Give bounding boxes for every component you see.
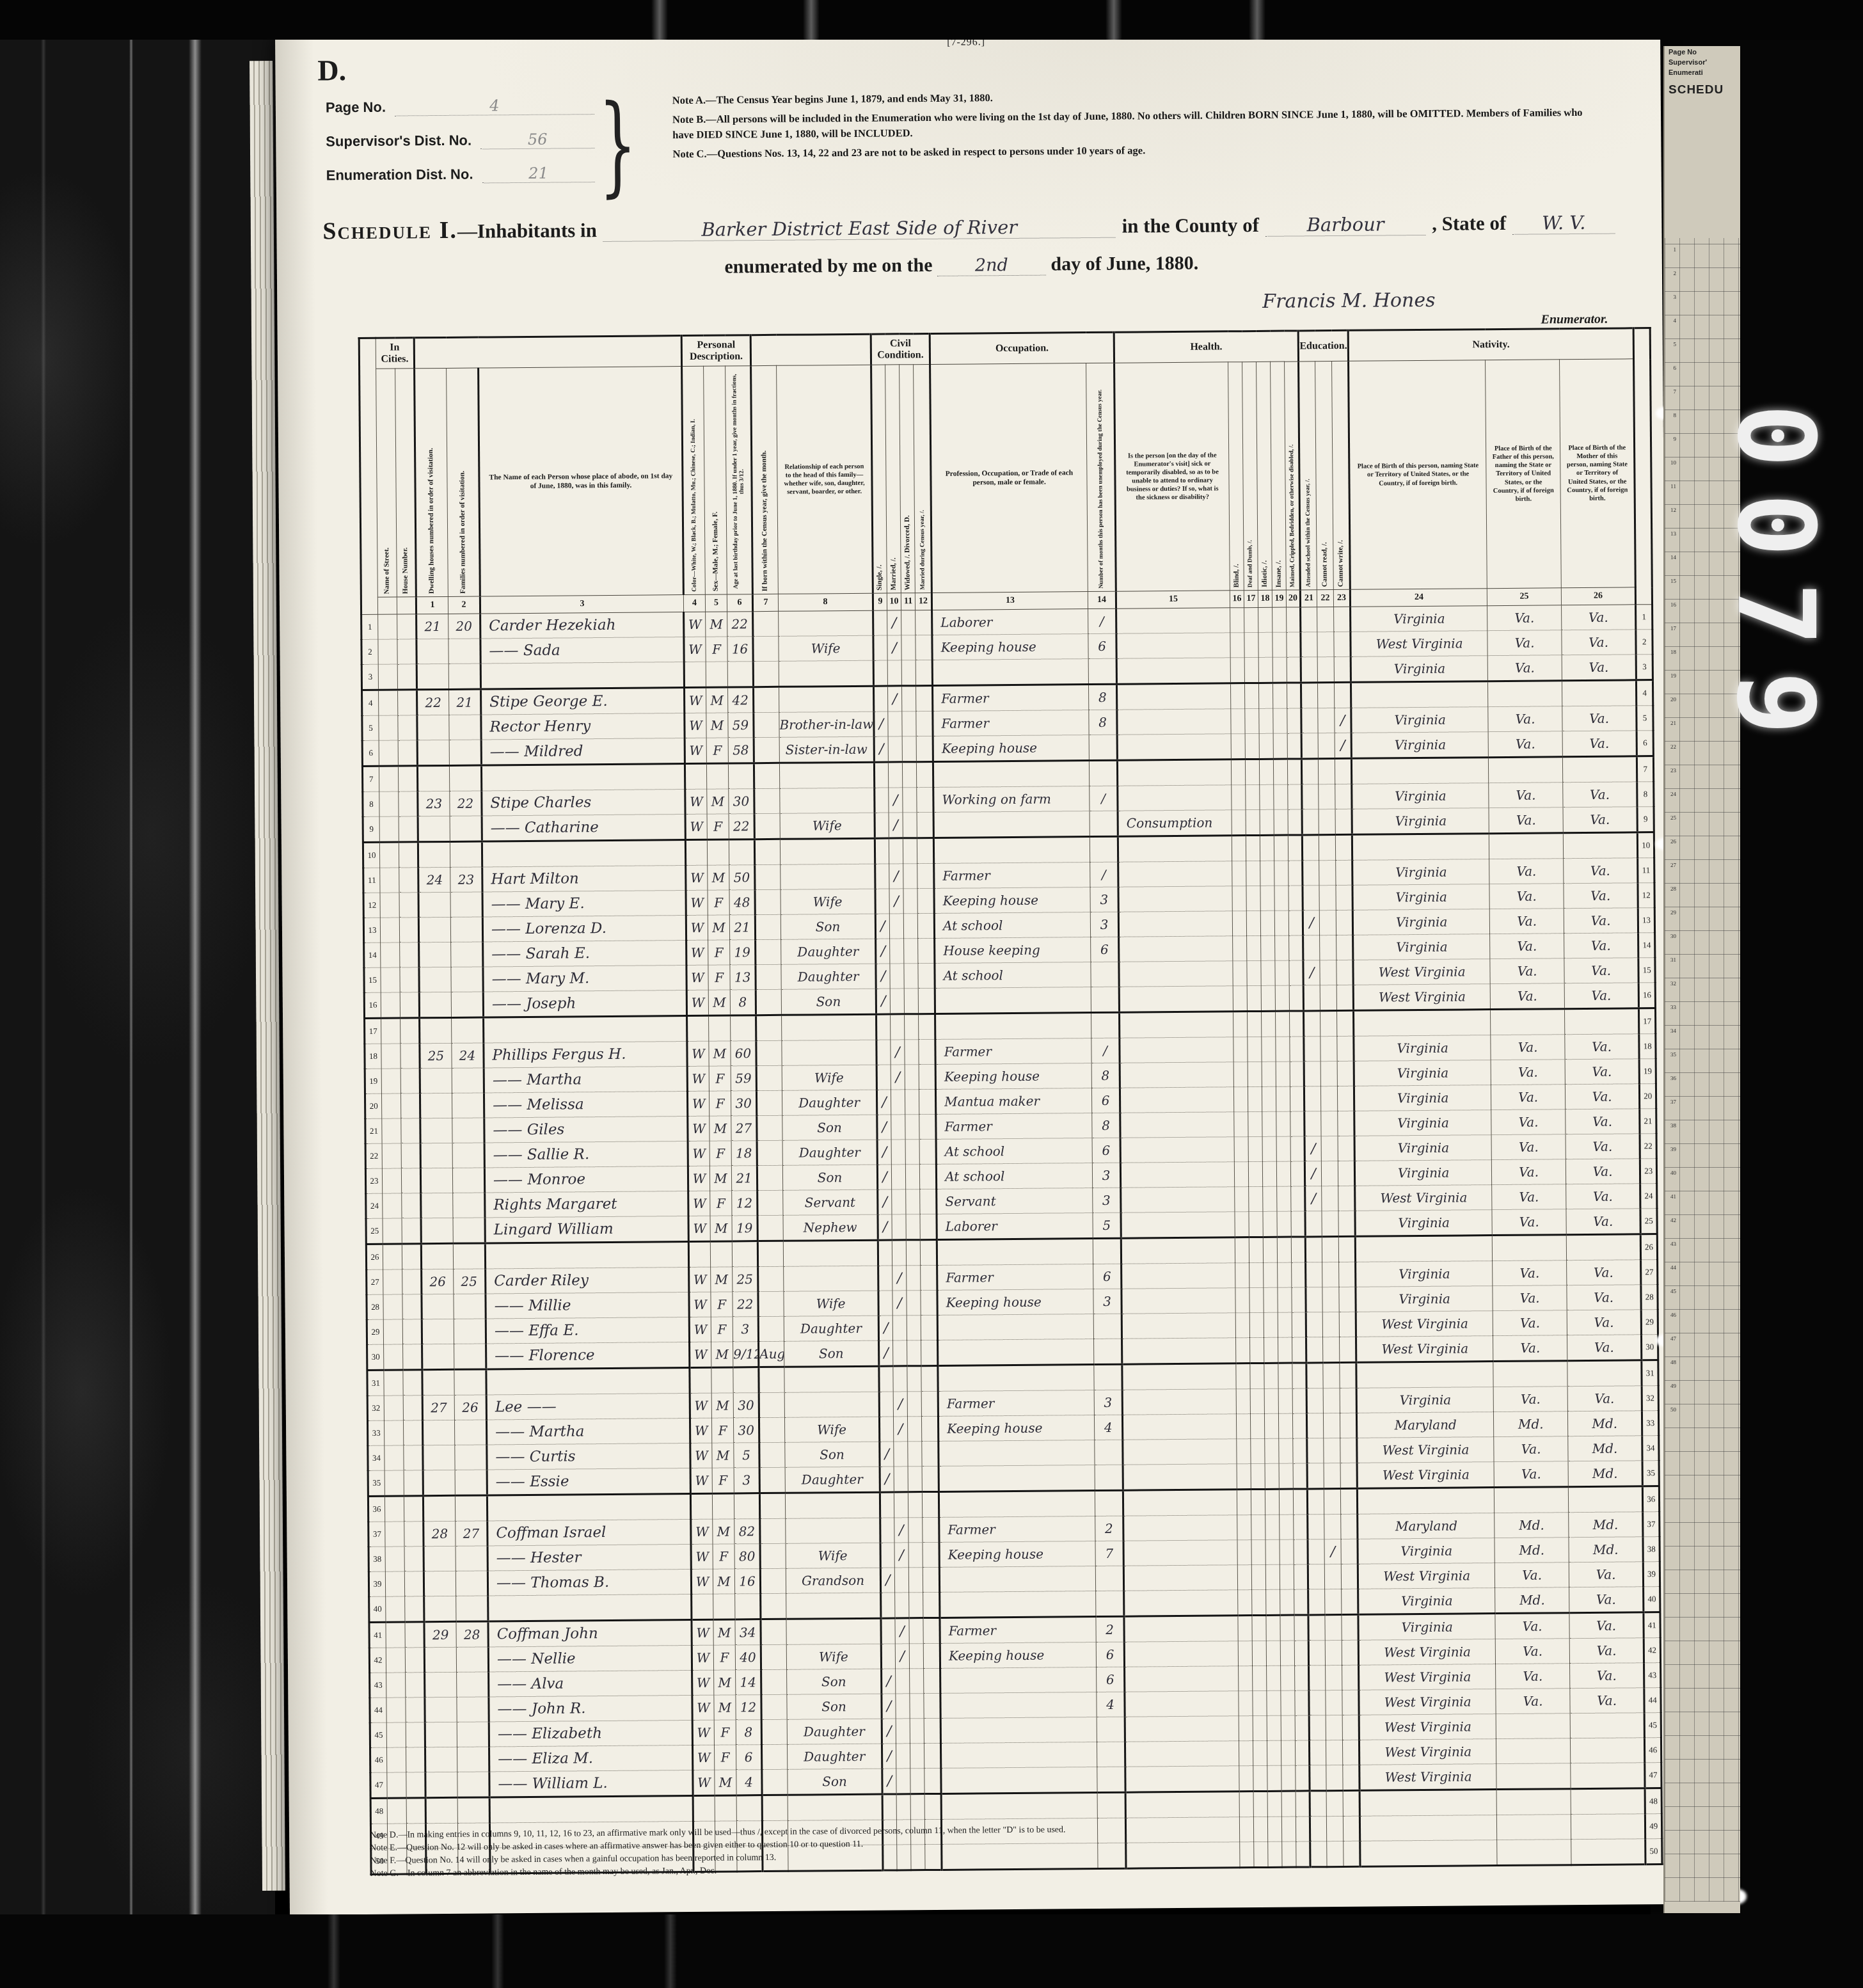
cell-cr xyxy=(1319,784,1335,809)
cell-s: M xyxy=(708,865,729,890)
cell-mar xyxy=(892,1214,906,1240)
row-number-right: 42 xyxy=(1644,1638,1660,1663)
cell-b19 xyxy=(1275,935,1289,960)
cell-house xyxy=(400,942,419,967)
cell-occ: Farmer xyxy=(933,685,1089,712)
sliver-row-number: 6 xyxy=(1666,356,1676,380)
cell-d xyxy=(423,1445,455,1470)
cell-b16 xyxy=(1233,1037,1248,1062)
cell-b20 xyxy=(1292,1287,1306,1312)
row-number-right: 35 xyxy=(1642,1461,1659,1486)
cell-b19 xyxy=(1273,708,1287,733)
row-number-left: 25 xyxy=(366,1218,383,1244)
cell-c: W xyxy=(684,637,706,662)
row-number-right: 17 xyxy=(1639,1008,1656,1034)
sliver-row-number: 5 xyxy=(1666,333,1676,356)
column-number: 3 xyxy=(480,595,683,614)
cell-f xyxy=(449,765,481,791)
cell-b19 xyxy=(1276,1136,1290,1161)
cell-wid xyxy=(907,1266,921,1291)
cell-mb: Va. xyxy=(1567,1285,1641,1310)
group-nativity: Nativity. xyxy=(1348,328,1633,362)
cell-cw xyxy=(1336,860,1352,885)
cell-occ xyxy=(933,837,1090,864)
cell-f xyxy=(456,1647,488,1672)
cell-un: 8 xyxy=(1089,710,1117,735)
sliver-row-number: 13 xyxy=(1666,522,1676,546)
cell-fb: Va. xyxy=(1489,859,1564,884)
cell-cw xyxy=(1338,1111,1354,1136)
cell-name: Coffman Israel xyxy=(488,1519,691,1545)
cell-sch xyxy=(1308,1515,1324,1539)
row-number-right: 26 xyxy=(1640,1234,1657,1260)
cell-sng: / xyxy=(876,1090,891,1115)
cell-fb: Va. xyxy=(1489,807,1563,834)
cell-a xyxy=(732,1241,757,1267)
cell-cw xyxy=(1341,1488,1358,1514)
cell-occ: Keeping house xyxy=(939,1415,1095,1442)
cell-d: 28 xyxy=(424,1521,456,1546)
cell-bp: Virginia xyxy=(1358,1614,1495,1641)
cell-b19 xyxy=(1280,1539,1294,1564)
cell-bp: Virginia xyxy=(1355,1210,1492,1237)
film-streak xyxy=(1249,0,1265,40)
row-number-left: 43 xyxy=(370,1673,386,1698)
cell-sng xyxy=(876,1014,891,1040)
cell-wid xyxy=(907,1291,921,1316)
header-col7-month: If born within the Census year, give the… xyxy=(751,365,779,594)
cell-mb: Va. xyxy=(1566,1184,1640,1209)
cell-f xyxy=(449,740,481,765)
cell-sng xyxy=(873,660,887,686)
cell-b17 xyxy=(1248,1161,1262,1186)
cell-name: —— Elizabeth xyxy=(489,1720,692,1746)
cell-street xyxy=(387,1798,406,1824)
cell-f xyxy=(451,942,483,967)
cell-name: Phillips Fergus H. xyxy=(484,1041,687,1067)
cell-occ: Farmer xyxy=(937,1264,1093,1291)
header-notes: Note A.—The Census Year begins June 1, 1… xyxy=(672,86,1594,166)
row-number-left: 13 xyxy=(363,918,380,942)
cell-d xyxy=(424,1596,456,1621)
cell-rel: Wife xyxy=(782,1065,876,1090)
cell-house xyxy=(398,690,417,715)
cell-mb: Va. xyxy=(1566,1134,1640,1159)
cell-b17 xyxy=(1251,1463,1265,1489)
cell-fb: Va. xyxy=(1488,731,1562,758)
cell-wid xyxy=(907,1392,921,1417)
cell-a xyxy=(734,1493,759,1519)
day-value: 2nd xyxy=(937,255,1046,276)
cell-un xyxy=(1097,1767,1125,1792)
row-number-left: 15 xyxy=(364,967,381,992)
cell-mo xyxy=(760,1518,786,1543)
cell-c: W xyxy=(688,1141,710,1166)
cell-bp: Virginia xyxy=(1351,656,1487,683)
cell-b16 xyxy=(1237,1565,1251,1590)
row-number-right: 46 xyxy=(1645,1738,1661,1763)
cell-wid xyxy=(904,989,918,1014)
cell-cr xyxy=(1319,835,1335,861)
cell-un xyxy=(1095,1440,1123,1465)
cell-s xyxy=(706,662,727,687)
cell-name: —— Mildred xyxy=(481,738,685,765)
cell-sick xyxy=(1123,1439,1237,1465)
film-streak xyxy=(651,0,668,40)
row-number-left: 16 xyxy=(364,992,381,1018)
cell-s xyxy=(713,1594,735,1619)
cell-s: M xyxy=(713,1519,734,1544)
cell-f xyxy=(451,967,483,992)
cell-sch xyxy=(1301,657,1317,683)
cell-wid xyxy=(905,1014,919,1040)
cell-b19 xyxy=(1274,861,1288,886)
cell-bp: West Virginia xyxy=(1357,1462,1494,1489)
cell-f xyxy=(456,1596,488,1621)
cell-fb: Md. xyxy=(1495,1587,1569,1614)
cell-b19 xyxy=(1280,1641,1294,1666)
cell-b17 xyxy=(1250,1363,1264,1388)
cell-street xyxy=(379,766,398,791)
cell-fb: Va. xyxy=(1493,1335,1567,1362)
cell-b17 xyxy=(1253,1791,1267,1817)
cell-name: —— Essie xyxy=(487,1468,690,1495)
cell-b18 xyxy=(1265,1489,1279,1515)
film-streak xyxy=(1106,0,1122,40)
cell-rel: Wife xyxy=(781,889,875,914)
cell-mb: Va. xyxy=(1567,1310,1641,1335)
cell-b19 xyxy=(1280,1515,1294,1539)
cell-c: W xyxy=(685,687,706,713)
cell-cr xyxy=(1326,1765,1343,1790)
cell-myr xyxy=(916,635,932,660)
cell-s: F xyxy=(711,1317,733,1342)
cell-street xyxy=(384,1420,403,1445)
cell-rel xyxy=(779,762,874,788)
cell-mar xyxy=(889,838,903,864)
row-number-left: 39 xyxy=(369,1571,385,1596)
cell-d xyxy=(419,967,451,992)
cell-f xyxy=(457,1797,489,1823)
cell-name xyxy=(486,1367,690,1394)
cell-rel: Brother-in-law xyxy=(779,712,874,737)
cell-name: —— Monroe xyxy=(484,1166,688,1192)
cell-d xyxy=(424,1546,456,1571)
header-col6-age: Age at last birthday prior to June 1, 18… xyxy=(725,366,753,594)
cell-sick xyxy=(1123,1540,1237,1566)
cell-name: Carder Riley xyxy=(486,1267,689,1293)
cell-cw xyxy=(1340,1362,1356,1388)
cell-myr xyxy=(924,1693,940,1718)
cell-f: 27 xyxy=(456,1521,488,1546)
cell-house xyxy=(406,1722,425,1747)
cell-mo xyxy=(758,1291,784,1316)
cell-wid xyxy=(903,788,917,813)
cell-wid xyxy=(905,1165,919,1189)
cell-sng xyxy=(875,788,889,813)
cell-rel: Daughter xyxy=(781,964,876,989)
cell-mo xyxy=(755,889,781,914)
cell-fb: Va. xyxy=(1494,1461,1568,1488)
sliver-row-number: 4 xyxy=(1666,309,1676,333)
film-streak xyxy=(491,1914,504,1988)
cell-occ xyxy=(940,1667,1097,1693)
cell-cw xyxy=(1340,1438,1357,1463)
cell-d xyxy=(425,1722,457,1747)
cell-un: / xyxy=(1090,862,1118,887)
cell-a: 48 xyxy=(729,890,755,915)
cell-street xyxy=(378,639,397,664)
cell-b17 xyxy=(1249,1211,1263,1237)
cell-occ xyxy=(935,1013,1091,1040)
sliver-row-number: 3 xyxy=(1666,285,1676,309)
supervisor-dist-label: Supervisor's Dist. No. xyxy=(326,132,472,150)
cell-cw xyxy=(1341,1514,1358,1539)
row-number-left: 23 xyxy=(365,1168,382,1193)
cell-d: 22 xyxy=(417,689,449,715)
cell-occ: Laborer xyxy=(937,1213,1093,1240)
cell-bp xyxy=(1360,1790,1496,1817)
cell-c: W xyxy=(689,1317,711,1342)
cell-house xyxy=(404,1571,424,1596)
cell-b19 xyxy=(1275,985,1289,1011)
cell-mb: Va. xyxy=(1564,858,1638,884)
cell-wid xyxy=(908,1568,923,1593)
cell-b16 xyxy=(1238,1590,1252,1616)
cell-a xyxy=(731,1015,756,1041)
cell-myr xyxy=(922,1466,939,1491)
cell-mo xyxy=(760,1543,786,1568)
column-number: 2 xyxy=(448,596,480,614)
cell-street xyxy=(383,1244,402,1269)
cell-mb xyxy=(1563,832,1637,859)
cell-s: F xyxy=(707,814,729,839)
cell-b16 xyxy=(1237,1464,1251,1490)
cell-s: F xyxy=(708,965,730,990)
cell-b19 xyxy=(1278,1388,1292,1413)
cell-b18 xyxy=(1259,683,1273,708)
cell-house xyxy=(400,1069,420,1093)
cell-s xyxy=(707,839,729,865)
cell-rel: Grandson xyxy=(786,1568,880,1593)
enumeration-dist-label: Enumeration Dist. No. xyxy=(326,166,473,184)
cell-street xyxy=(386,1596,405,1622)
cell-name: Lee —— xyxy=(486,1393,690,1419)
header-col17-deaf: Deaf and Dumb, /. xyxy=(1242,362,1258,590)
cell-sch: / xyxy=(1303,911,1319,935)
cell-b18 xyxy=(1265,1463,1279,1489)
cell-rel: Daughter xyxy=(785,1467,880,1493)
cell-mo: Aug xyxy=(759,1341,784,1367)
cell-bp: Virginia xyxy=(1356,1387,1493,1413)
cell-un xyxy=(1090,836,1118,862)
cell-rel xyxy=(783,1240,878,1266)
cell-sick xyxy=(1118,861,1232,887)
cell-sch xyxy=(1301,733,1318,759)
cell-mb: Va. xyxy=(1565,1034,1639,1060)
cell-wid xyxy=(905,1065,919,1090)
cell-b17 xyxy=(1247,960,1261,985)
cell-un: 4 xyxy=(1095,1415,1123,1440)
cell-b16 xyxy=(1233,1012,1248,1037)
cell-occ xyxy=(932,659,1088,686)
cell-cr xyxy=(1324,1564,1341,1589)
sliver-row-number: 26 xyxy=(1666,830,1676,854)
sliver-row-number: 38 xyxy=(1666,1114,1676,1138)
cell-b19 xyxy=(1278,1262,1292,1287)
cell-sch xyxy=(1303,886,1319,911)
cell-sick xyxy=(1125,1766,1239,1792)
cell-f xyxy=(452,1068,484,1093)
cell-c xyxy=(688,1241,710,1267)
cell-mo xyxy=(756,939,781,964)
row-number-left: 12 xyxy=(363,893,380,918)
cell-mb: Va. xyxy=(1562,706,1637,731)
cell-b18 xyxy=(1258,657,1272,683)
cell-name: —— Eliza M. xyxy=(489,1745,693,1771)
header-col12-married-year: Married during Census year, /. xyxy=(914,364,932,592)
cell-mar: / xyxy=(893,1392,907,1417)
cell-occ xyxy=(939,1566,1095,1593)
cell-b16 xyxy=(1234,1137,1248,1162)
cell-a: 30 xyxy=(733,1393,759,1418)
sliver-row-number: 49 xyxy=(1666,1374,1676,1398)
cell-a: 14 xyxy=(736,1670,761,1695)
cell-sng xyxy=(882,1794,896,1820)
film-top-band xyxy=(0,0,1863,40)
cell-d xyxy=(421,1193,453,1218)
cell-wid xyxy=(909,1644,923,1669)
row-number-right: 45 xyxy=(1644,1713,1661,1738)
cell-b19 xyxy=(1278,1337,1292,1363)
cell-un xyxy=(1097,1742,1125,1767)
cell-fb: Va. xyxy=(1493,1310,1567,1336)
cell-b20 xyxy=(1294,1615,1308,1641)
cell-s: F xyxy=(711,1418,733,1443)
row-number-right: 15 xyxy=(1638,958,1655,983)
cell-c xyxy=(690,1493,712,1519)
footnotes: Note D.—In making entries in columns 9, … xyxy=(370,1819,1637,1881)
cell-b16 xyxy=(1236,1338,1250,1364)
cell-mb: Va. xyxy=(1562,731,1637,757)
cell-d xyxy=(419,942,451,967)
cell-s: M xyxy=(711,1342,733,1367)
cell-sng: / xyxy=(875,914,889,939)
film-left-band xyxy=(0,0,275,1988)
curly-brace: } xyxy=(598,82,637,209)
cell-d xyxy=(425,1772,457,1797)
cell-house xyxy=(403,1370,422,1396)
cell-house xyxy=(400,967,419,992)
reel-number: 0079 xyxy=(1708,368,1843,797)
cell-name: —— Melissa xyxy=(484,1091,687,1117)
sliver-enumeration-label: Enumerati xyxy=(1669,69,1740,77)
cell-b19 xyxy=(1279,1413,1293,1438)
cell-myr xyxy=(921,1391,938,1416)
cell-street xyxy=(381,967,400,992)
cell-b17 xyxy=(1249,1186,1263,1211)
cell-occ: Working on farm xyxy=(933,786,1090,813)
cell-street xyxy=(384,1370,403,1396)
cell-mb: Va. xyxy=(1565,1059,1639,1085)
cell-house xyxy=(400,992,419,1018)
schedule-label: Schedule I. xyxy=(322,216,457,246)
cell-d xyxy=(422,1319,454,1344)
sliver-row-number: 33 xyxy=(1666,996,1676,1019)
cell-bp xyxy=(1352,834,1489,861)
cell-mar xyxy=(888,736,902,762)
sliver-row-number: 48 xyxy=(1666,1351,1676,1374)
cell-b16 xyxy=(1239,1691,1253,1716)
cell-wid xyxy=(905,1040,919,1065)
cell-c: W xyxy=(685,713,706,738)
cell-a: 4 xyxy=(736,1770,762,1795)
cell-myr xyxy=(919,1039,935,1064)
cell-b19 xyxy=(1272,632,1287,657)
row-number-header-right xyxy=(1633,328,1652,605)
cell-b19 xyxy=(1276,1161,1290,1186)
page-no-value: 4 xyxy=(395,96,594,116)
cell-c xyxy=(687,1015,709,1041)
cell-b19 xyxy=(1274,784,1288,809)
cell-c xyxy=(690,1367,711,1393)
cell-name: Stipe George E. xyxy=(481,688,685,715)
cell-b19 xyxy=(1277,1211,1291,1237)
cell-cw xyxy=(1338,1211,1355,1236)
cell-rel: Son xyxy=(787,1669,882,1694)
cell-fb xyxy=(1489,757,1563,783)
cell-b17 xyxy=(1248,1037,1262,1062)
group-occupation: Occupation. xyxy=(930,332,1114,364)
cell-b16 xyxy=(1233,936,1247,961)
cell-f xyxy=(452,1017,484,1043)
cell-b16 xyxy=(1235,1288,1249,1313)
cell-myr xyxy=(921,1315,937,1340)
cell-bp: West Virginia xyxy=(1357,1437,1494,1463)
cell-sch xyxy=(1305,1211,1322,1237)
cell-cw xyxy=(1342,1589,1358,1614)
cell-b17 xyxy=(1250,1337,1264,1363)
cell-b19 xyxy=(1276,1111,1290,1136)
cell-a: 22 xyxy=(733,1292,758,1317)
cell-myr xyxy=(919,1064,935,1089)
cell-cr xyxy=(1318,683,1335,708)
cell-d xyxy=(417,715,449,740)
cell-a xyxy=(727,662,753,687)
cell-b19 xyxy=(1276,1011,1290,1037)
cell-mar: / xyxy=(891,1040,905,1065)
cell-s xyxy=(711,1367,733,1393)
cell-cw xyxy=(1340,1388,1356,1413)
cell-sng: / xyxy=(880,1442,894,1467)
cell-house xyxy=(404,1496,423,1522)
cell-cw xyxy=(1336,885,1352,910)
cell-s: F xyxy=(706,637,727,662)
cell-rel: Son xyxy=(788,1769,882,1795)
cell-b16 xyxy=(1232,836,1246,861)
cell-rel xyxy=(785,1492,880,1518)
header-col3-name: The Name of each Person whose place of a… xyxy=(479,367,684,596)
cell-sng xyxy=(881,1593,895,1618)
cell-un: 5 xyxy=(1093,1213,1121,1238)
cell-street xyxy=(381,1044,400,1069)
county-label: in the County of xyxy=(1122,214,1260,238)
row-number-right: 3 xyxy=(1636,655,1653,680)
cell-sch xyxy=(1301,632,1317,657)
cell-myr xyxy=(916,761,933,787)
cell-b20 xyxy=(1292,1337,1306,1363)
cell-d xyxy=(418,892,450,917)
